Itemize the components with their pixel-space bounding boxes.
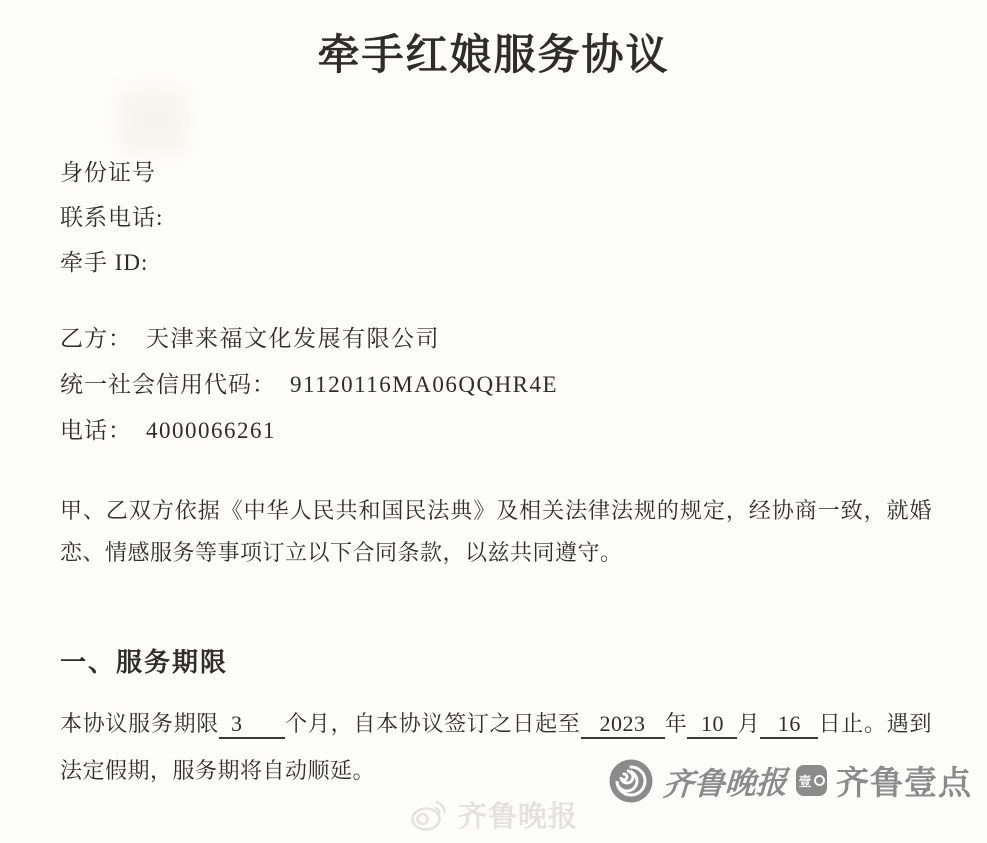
weibo-icon: [408, 792, 452, 836]
end-day-blank: 16: [760, 711, 818, 739]
press-watermark-group: 齐鲁晚报 壹 齐鲁壹点: [608, 757, 972, 804]
qianshou-id-label: 牵手 ID:: [60, 240, 163, 285]
qilu-yidian-app-icon: 壹: [796, 765, 827, 796]
end-year-blank: 2023: [581, 711, 665, 739]
credit-code-label: 统一社会信用代码：: [60, 372, 276, 397]
weibo-watermark: 齐鲁晚报: [408, 792, 578, 836]
party-b-phone-value: 4000066261: [146, 418, 276, 443]
credit-code-row: 统一社会信用代码：91120116MA06QQHR4E: [60, 362, 558, 408]
year-unit: 年: [665, 711, 688, 736]
party-b-phone-row: 电话：4000066261: [60, 408, 558, 454]
party-b-block: 乙方：天津来福文化发展有限公司 统一社会信用代码：91120116MA06QQH…: [60, 316, 558, 454]
qilu-yidian-icon-glyph: 壹: [798, 771, 811, 790]
contract-document: 牵手红娘服务协议 身份证号 联系电话: 牵手 ID: 乙方：天津来福文化发展有限…: [0, 0, 987, 843]
service-months-blank: 3: [219, 711, 285, 739]
id-number-label: 身份证号: [60, 150, 163, 195]
qilu-evening-news-logo-icon: [608, 758, 654, 804]
clause-prefix: 本协议服务期限: [60, 711, 219, 736]
party-b-label: 乙方：: [60, 326, 132, 351]
credit-code-value: 91120116MA06QQHR4E: [290, 372, 558, 397]
redacted-name-smudge: [118, 88, 188, 154]
preamble-paragraph: 甲、乙双方依据《中华人民共和国民法典》及相关法律法规的规定，经协商一致，就婚恋、…: [60, 490, 932, 574]
qilu-evening-news-wordmark: 齐鲁晚报: [662, 757, 788, 804]
qilu-yidian-wordmark: 齐鲁壹点: [836, 757, 972, 804]
weibo-watermark-text: 齐鲁晚报: [458, 794, 578, 835]
party-b-name: 天津来福文化发展有限公司: [146, 326, 440, 351]
end-month-blank: 10: [687, 711, 737, 739]
clause-mid: 个月，自本协议签订之日起至: [285, 711, 581, 736]
qilu-yidian-icon-dot: [814, 775, 825, 786]
document-title: 牵手红娘服务协议: [0, 22, 987, 82]
section-one-heading: 一、服务期限: [60, 642, 228, 679]
party-b-phone-label: 电话：: [60, 418, 132, 443]
party-b-name-row: 乙方：天津来福文化发展有限公司: [60, 316, 558, 362]
month-unit: 月: [737, 711, 760, 736]
contact-phone-label: 联系电话:: [60, 195, 163, 240]
party-a-fields: 身份证号 联系电话: 牵手 ID:: [60, 150, 163, 285]
